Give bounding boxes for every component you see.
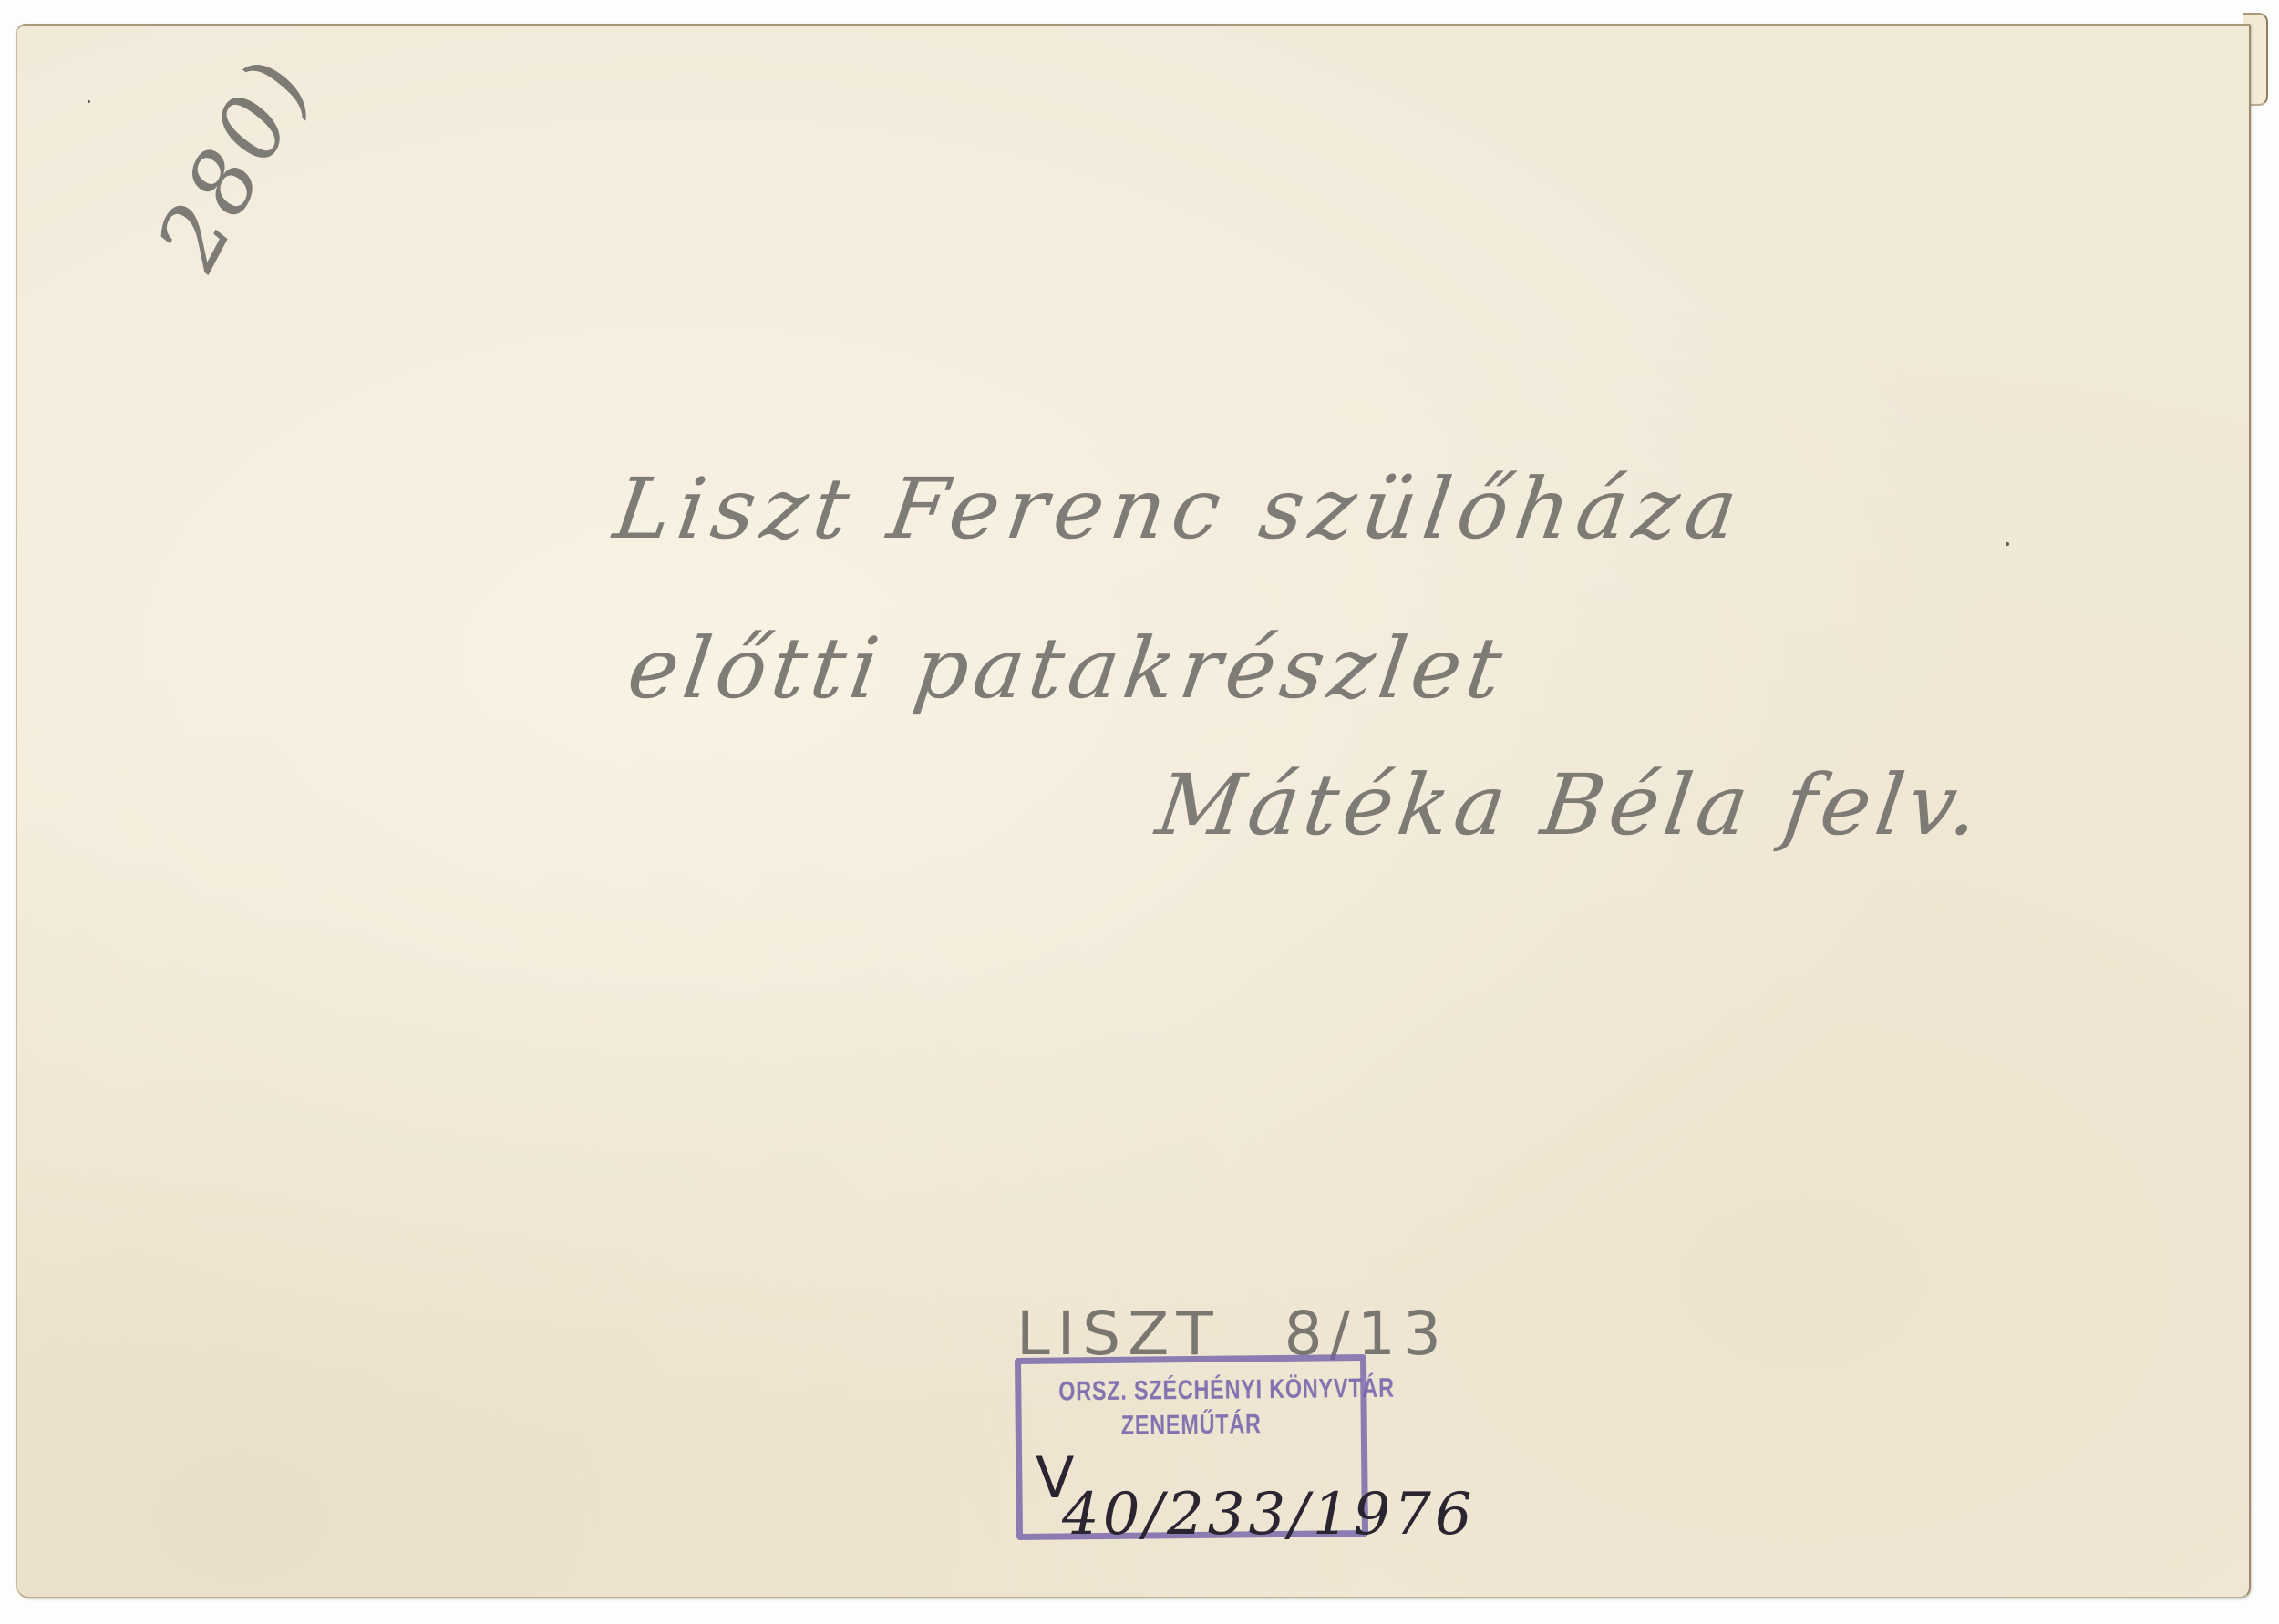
paper-speck (2006, 542, 2009, 546)
caption-line-1: Liszt Ferenc szülőháza (608, 460, 1749, 558)
stamp-institution: ORSZ. SZÉCHÉNYI KÖNYVTÁR (1058, 1373, 1324, 1407)
stamp-department: ZENEMŰTÁR (1058, 1408, 1324, 1442)
caption-line-3-photographer: Mátéka Béla felv. (1150, 756, 1990, 854)
caption-line-2: előtti patakrészlet (622, 620, 1512, 717)
paper-speck (88, 100, 90, 103)
inventory-number: 40/233/1976 (1062, 1481, 1476, 1548)
scan-background: 280) Liszt Ferenc szülőháza előtti patak… (0, 0, 2279, 1624)
